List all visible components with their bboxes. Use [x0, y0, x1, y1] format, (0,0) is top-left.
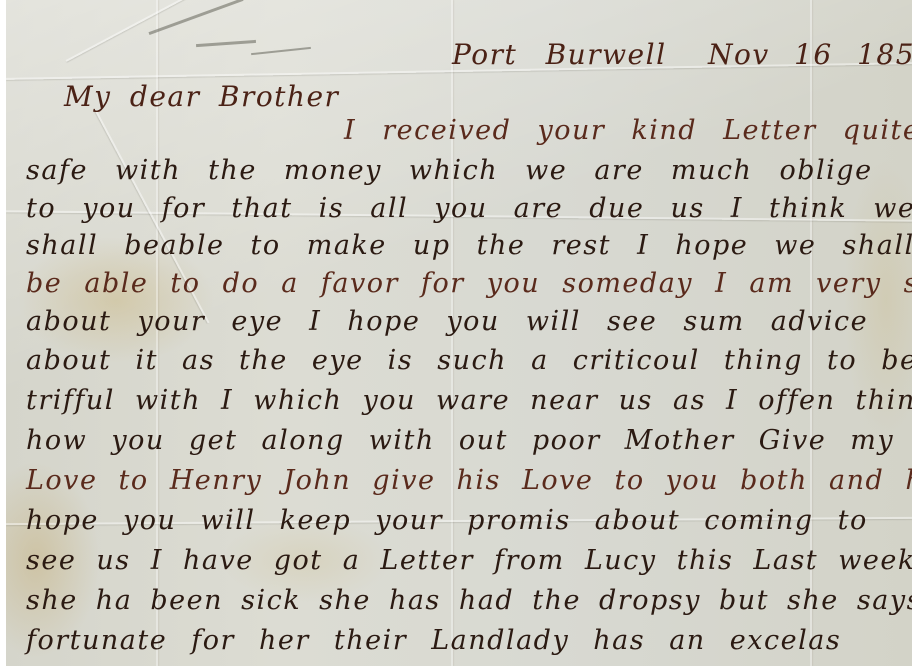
letter-line: hope you will keep your promis about com… [26, 505, 868, 536]
dateline-place: Port Burwell [452, 38, 667, 71]
letter-line: shall beable to make up the rest I hope … [26, 230, 912, 261]
letter-line: fortunate for her their Landlady has an … [26, 625, 841, 656]
letter-line: safe with the money which we are much ob… [26, 155, 873, 186]
letter-line: trifful with I which you ware near us as… [26, 385, 912, 416]
paper-crease [251, 47, 311, 55]
letter-line: Love to Henry John give his Love to you … [26, 465, 912, 496]
letter-line: see us I have got a Letter from Lucy thi… [26, 545, 912, 576]
letter-line: be able to do a favor for you someday I … [26, 268, 912, 299]
salutation: My dear Brother [64, 80, 339, 113]
letter-page: Port Burwell Nov 16 1853 My dear Brother… [6, 0, 912, 666]
letter-line: how you get along with out poor Mother G… [26, 425, 894, 456]
letter-line: to you for that is all you are due us I … [26, 193, 912, 224]
dateline-date: Nov 16 1853 [708, 38, 912, 71]
paper-crease [149, 0, 244, 35]
letter-line: she ha been sick she has had the dropsy … [26, 585, 912, 616]
letter-line: about it as the eye is such a criticoul … [26, 345, 912, 376]
paper-crease [196, 40, 256, 47]
letter-line: about your eye I hope you will see sum a… [26, 306, 868, 337]
letter-line: I received your kind Letter quite [344, 115, 912, 146]
